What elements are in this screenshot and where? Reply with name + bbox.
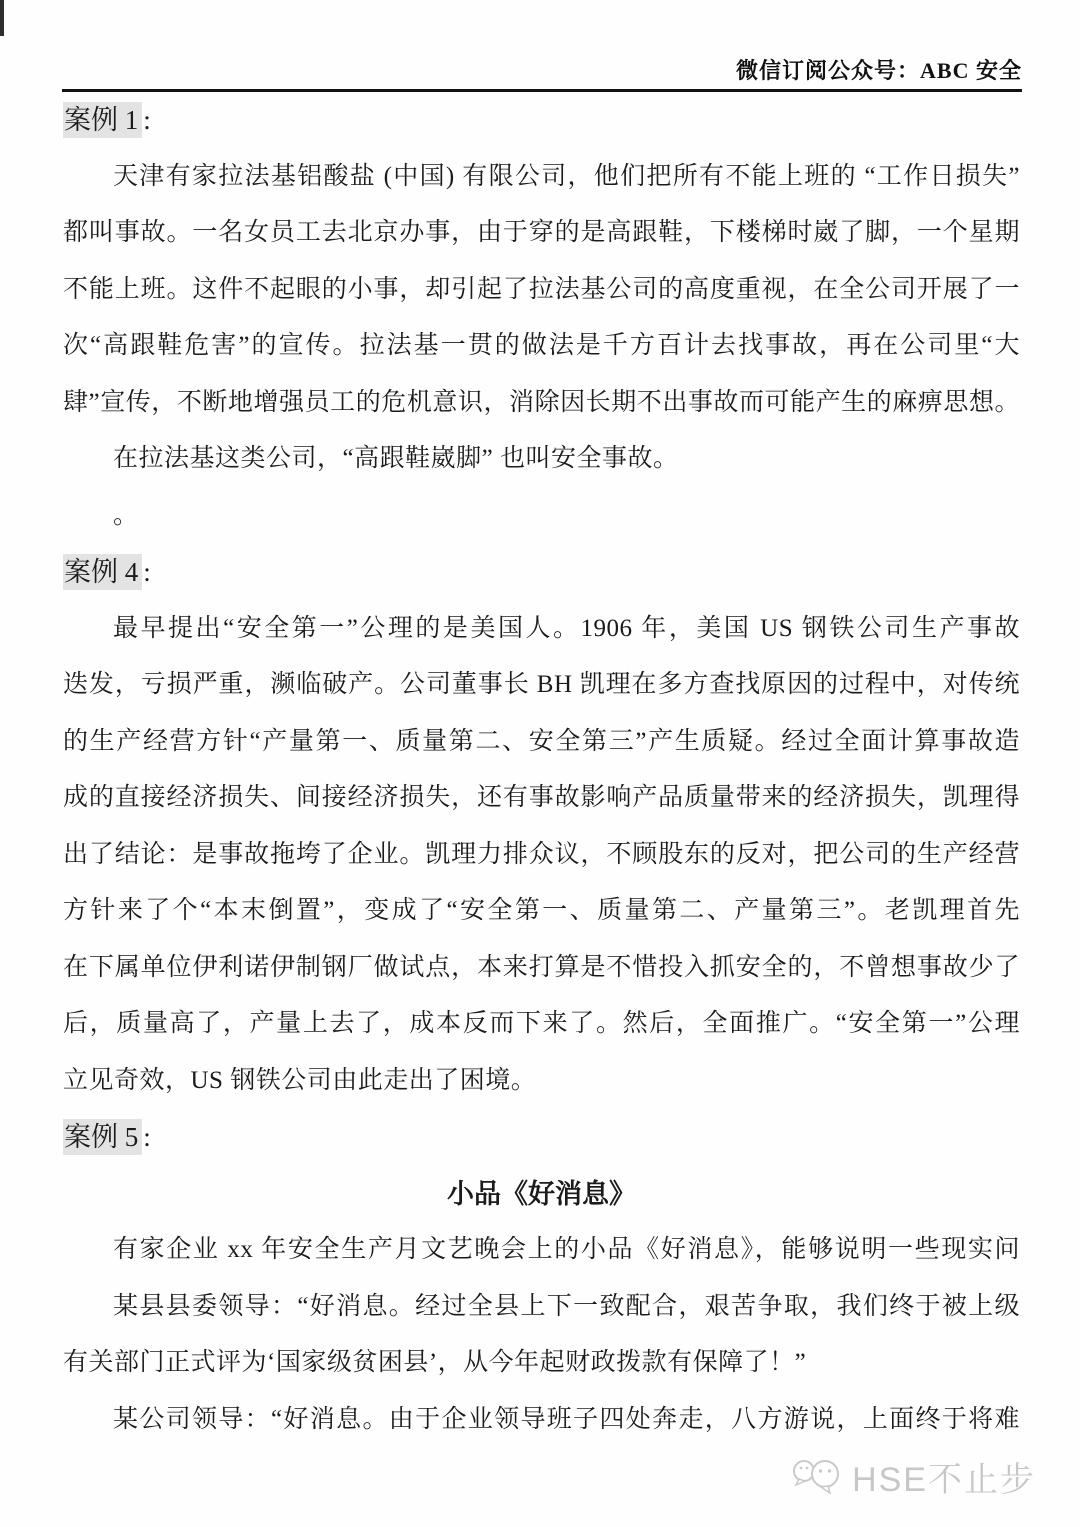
sketch-title: 小品《好消息》 (63, 1166, 1020, 1223)
text-line: 有家企业 xx 年安全生产月文艺晚会上的小品《好消息》，能够说明一些现实问题。 (63, 1222, 1020, 1279)
publisher-label: 微信订阅公众号：ABC 安全 (62, 54, 1022, 85)
page-header: 微信订阅公众号：ABC 安全 (62, 54, 1022, 92)
case-heading: 案例 5: (63, 1109, 1020, 1166)
text-line: 天津有家拉法基铝酸盐 (中国) 有限公司，他们把所有不能上班的 “工作日损失” (63, 149, 1020, 206)
text-line: 某县县委领导：“好消息。经过全县上下一致配合，艰苦争取，我们终于被上级 (63, 1279, 1020, 1336)
paragraph: 。 (63, 488, 1020, 545)
text-line: 出了结论：是事故拖垮了企业。凯理力排众议，不顾股东的反对，把公司的生产经营 (63, 827, 1020, 884)
case-heading-suffix: : (142, 557, 151, 587)
text-line: 后，质量高了，产量上去了，成本反而下来了。然后，全面推广。“安全第一”公理 (63, 996, 1020, 1053)
watermark: HSE不止步 (792, 1452, 1036, 1501)
case-heading-highlight: 案例 5 (63, 1119, 142, 1155)
document-body: 案例 1:天津有家拉法基铝酸盐 (中国) 有限公司，他们把所有不能上班的 “工作… (63, 92, 1020, 1448)
case-heading: 案例 1: (63, 92, 1020, 149)
text-line: 肆”宣传，不断地增强员工的危机意识，消除因长期不出事故而可能产生的麻痹思想。 (63, 375, 1020, 432)
paragraph: 最早提出“安全第一”公理的是美国人。1906 年，美国 US 钢铁公司生产事故迭… (63, 601, 1020, 1110)
paragraph: 在拉法基这类公司，“高跟鞋崴脚” 也叫安全事故。 (63, 431, 1020, 488)
text-line: 成的直接经济损失、间接经济损失，还有事故影响产品质量带来的经济损失，凯理得 (63, 770, 1020, 827)
paragraph: 某县县委领导：“好消息。经过全县上下一致配合，艰苦争取，我们终于被上级有关部门正… (63, 1279, 1020, 1392)
scan-artifact (0, 0, 4, 36)
case-heading-highlight: 案例 4 (63, 554, 142, 590)
text-line: 最早提出“安全第一”公理的是美国人。1906 年，美国 US 钢铁公司生产事故 (63, 601, 1020, 658)
paragraph: 某公司领导：“好消息。由于企业领导班子四处奔走，八方游说，上面终于将难 (63, 1392, 1020, 1449)
wechat-bubbles-icon (792, 1452, 844, 1501)
case-heading-suffix: : (142, 1122, 151, 1152)
text-line: 迭发，亏损严重，濒临破产。公司董事长 BH 凯理在多方查找原因的过程中，对传统 (63, 657, 1020, 714)
document-page: 微信订阅公众号：ABC 安全 案例 1:天津有家拉法基铝酸盐 (中国) 有限公司… (0, 0, 1080, 1527)
case-heading-suffix: : (142, 105, 151, 135)
text-line: 次“高跟鞋危害”的宣传。拉法基一贯的做法是千方百计去找事故，再在公司里“大 (63, 318, 1020, 375)
paragraph: 有家企业 xx 年安全生产月文艺晚会上的小品《好消息》，能够说明一些现实问题。 (63, 1222, 1020, 1279)
case-heading: 案例 4: (63, 544, 1020, 601)
text-line: 某公司领导：“好消息。由于企业领导班子四处奔走，八方游说，上面终于将难 (63, 1392, 1020, 1449)
text-line: 在拉法基这类公司，“高跟鞋崴脚” 也叫安全事故。 (63, 431, 1020, 488)
text-line: 有关部门正式评为‘国家级贫困县’，从今年起财政拨款有保障了！” (63, 1335, 1020, 1392)
text-line: 都叫事故。一名女员工去北京办事，由于穿的是高跟鞋，下楼梯时崴了脚，一个星期 (63, 205, 1020, 262)
text-line: 。 (63, 488, 1020, 545)
paragraph: 天津有家拉法基铝酸盐 (中国) 有限公司，他们把所有不能上班的 “工作日损失”都… (63, 149, 1020, 432)
watermark-text: HSE不止步 (852, 1452, 1036, 1501)
text-line: 的生产经营方针“产量第一、质量第二、安全第三”产生质疑。经过全面计算事故造 (63, 714, 1020, 771)
text-line: 立见奇效，US 钢铁公司由此走出了困境。 (63, 1053, 1020, 1110)
text-line: 不能上班。这件不起眼的小事，却引起了拉法基公司的高度重视，在全公司开展了一 (63, 262, 1020, 319)
case-heading-highlight: 案例 1 (63, 102, 142, 138)
text-line: 在下属单位伊利诺伊制钢厂做试点，本来打算是不惜投入抓安全的，不曾想事故少了 (63, 940, 1020, 997)
text-line: 方针来了个“本末倒置”，变成了“安全第一、质量第二、产量第三”。老凯理首先 (63, 883, 1020, 940)
